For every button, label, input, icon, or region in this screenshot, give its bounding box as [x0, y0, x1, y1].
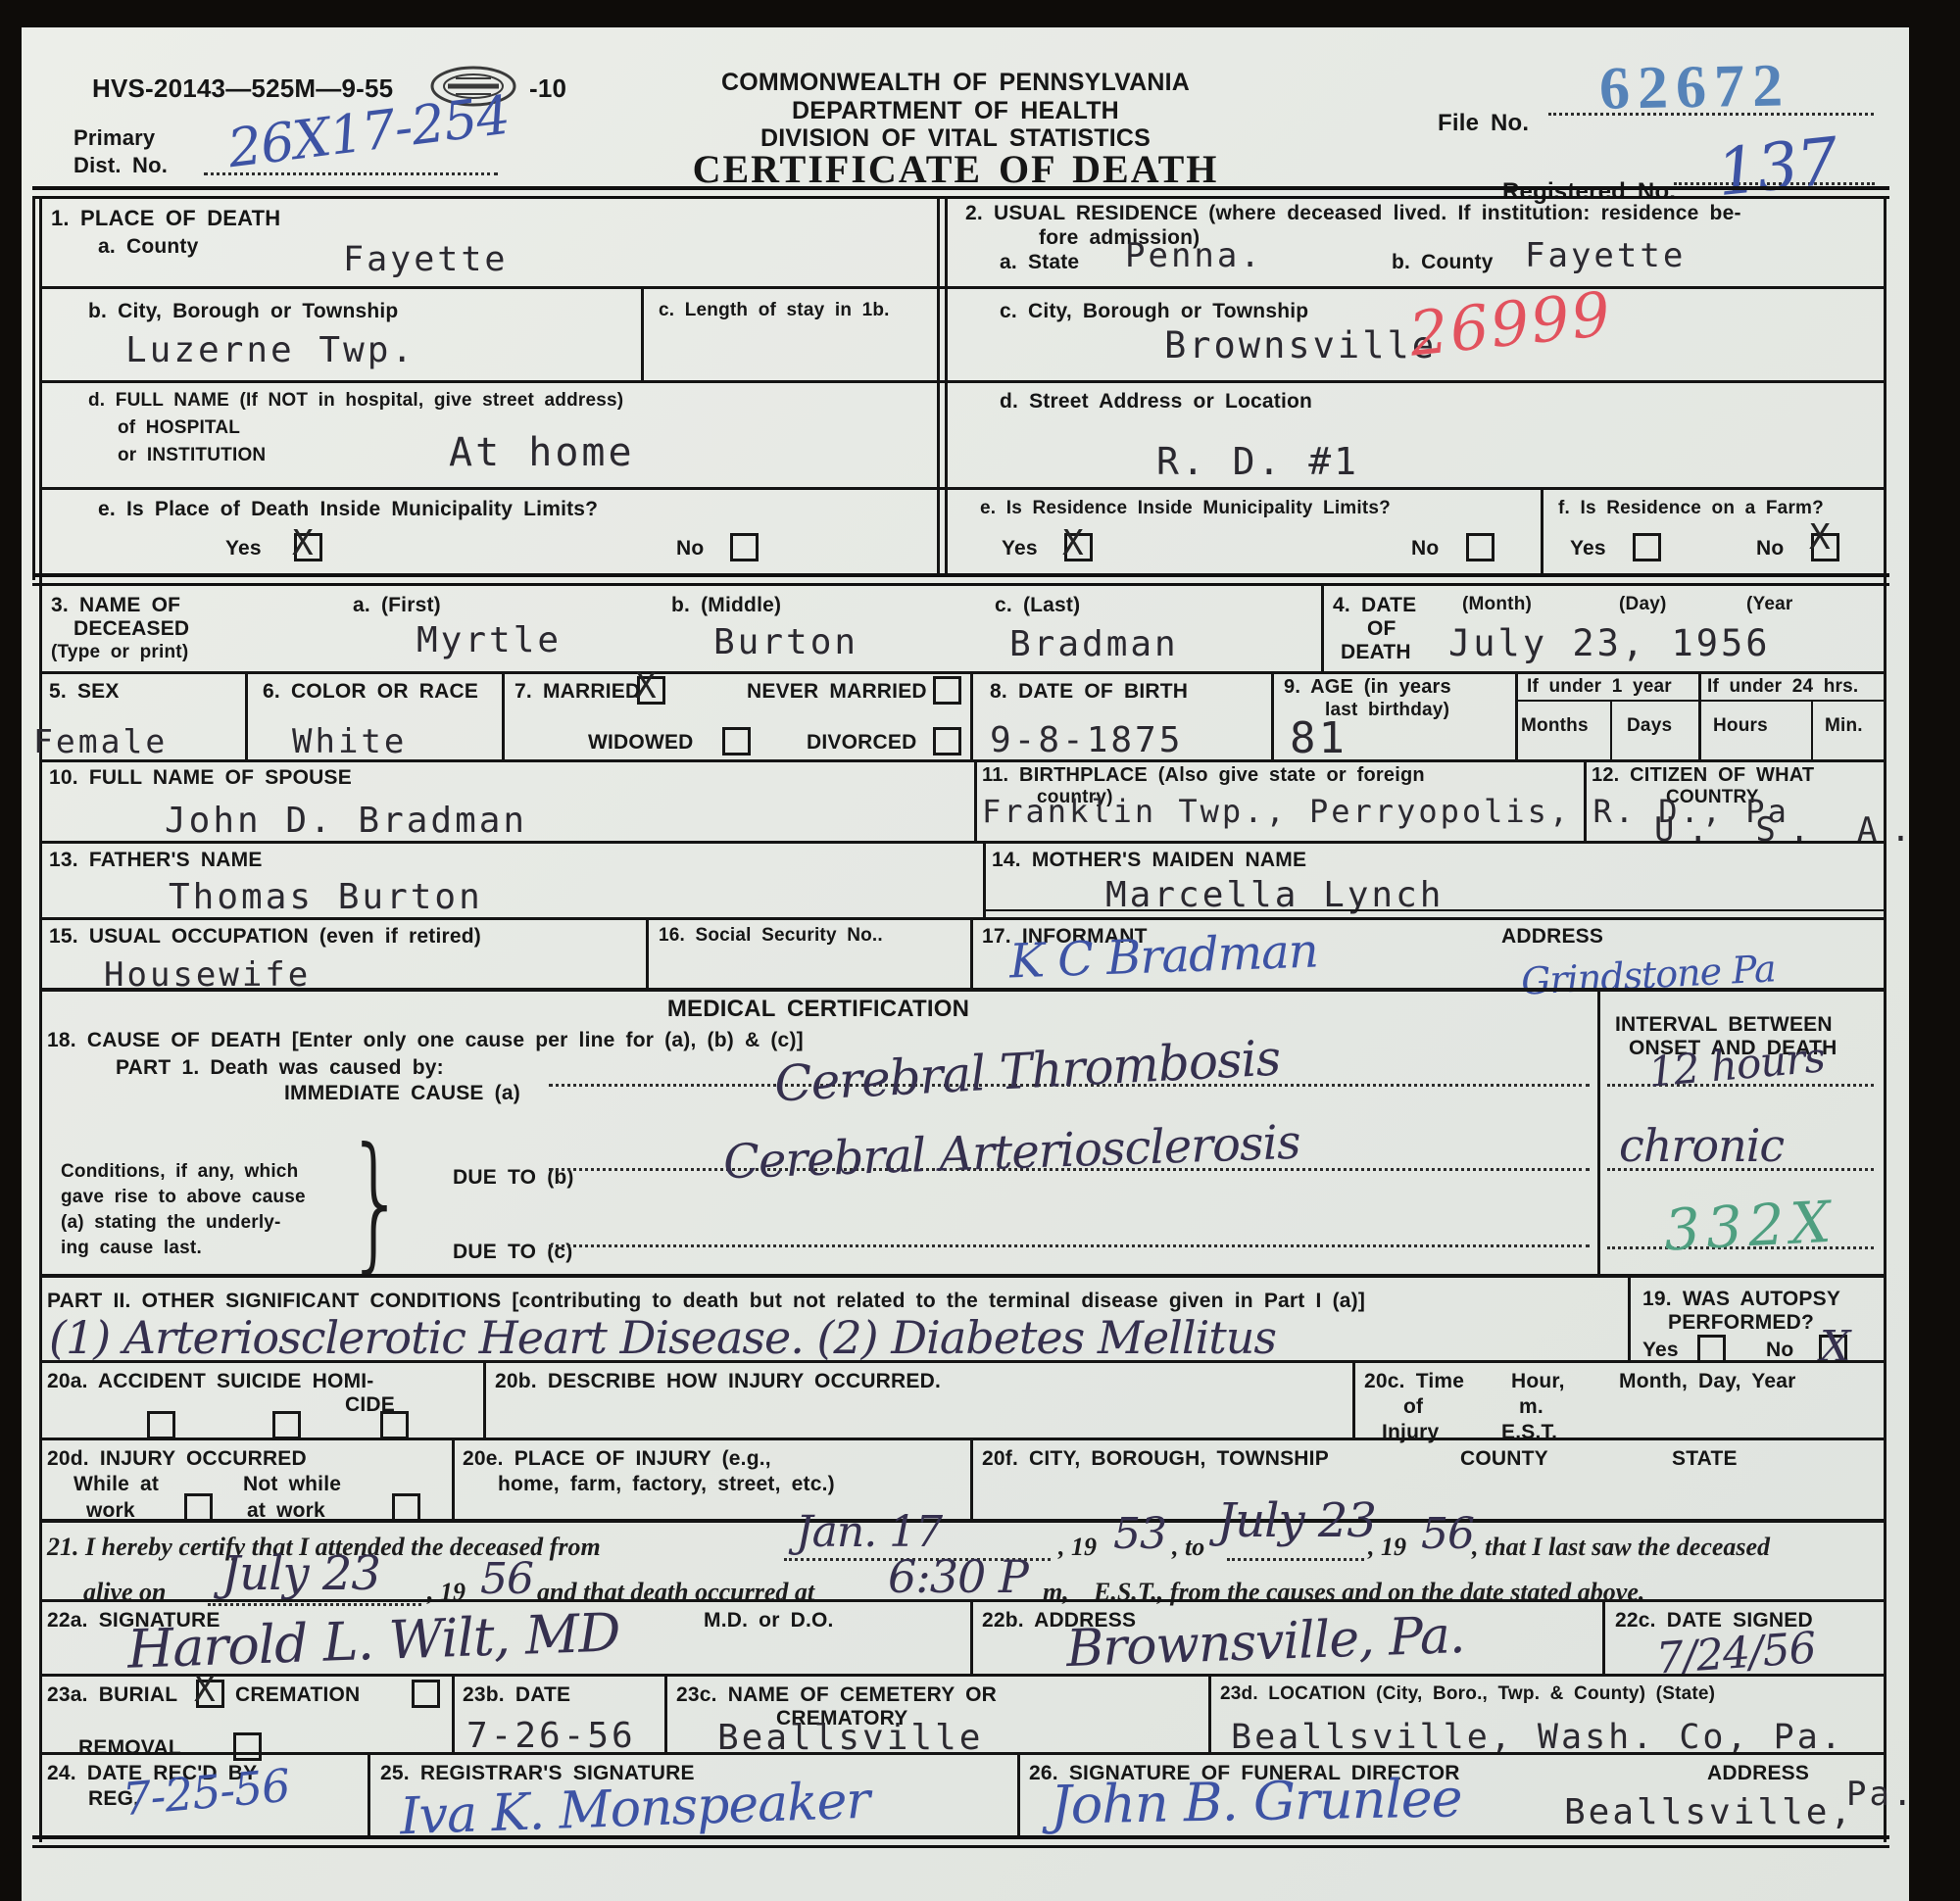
- s2e-yes-checkbox: X: [1064, 533, 1093, 561]
- s7-never-checkbox: [933, 676, 961, 705]
- s26-address-label: ADDRESS: [1707, 1762, 1809, 1785]
- s20a-accident-checkbox: [147, 1411, 175, 1439]
- s2f-no-mark: X: [1809, 520, 1831, 556]
- row-line: [39, 1360, 1884, 1363]
- s18-part1-label: PART 1. Death was caused by:: [116, 1056, 444, 1080]
- s23a-cremation-checkbox: [412, 1680, 440, 1708]
- divider-23c-23d: [1208, 1674, 1211, 1752]
- s2f-yes-label: Yes: [1570, 537, 1606, 561]
- row-line: [39, 917, 1884, 920]
- s9-under1-label: If under 1 year: [1527, 676, 1672, 698]
- part2-value: (1) Arteriosclerotic Heart Disease. (2) …: [49, 1315, 1276, 1360]
- border-line: [32, 196, 35, 580]
- s15-label: 15. USUAL OCCUPATION (even if retired): [49, 925, 481, 949]
- s20f-state-label: STATE: [1672, 1447, 1738, 1471]
- dist-no-label: Dist. No.: [73, 153, 168, 177]
- s18-immediate-label: IMMEDIATE CAUSE (a): [284, 1082, 520, 1105]
- bottom-rule: [32, 1835, 1889, 1848]
- divider-1-2: [937, 196, 940, 573]
- s4-day-label: (Day): [1619, 594, 1667, 615]
- s23c-label1: 23c. NAME OF CEMETERY OR: [676, 1683, 997, 1707]
- s21-print3: , to: [1172, 1535, 1204, 1560]
- s20e-label1: 20e. PLACE OF INJURY (e.g.,: [463, 1447, 771, 1471]
- s1-title: 1. PLACE OF DEATH: [51, 206, 280, 230]
- divider-20d-20e: [452, 1438, 455, 1519]
- s7-married-checkbox: X: [637, 676, 665, 705]
- s23a-burial-mark: X: [194, 1673, 216, 1708]
- s15-value: Housewife: [104, 958, 311, 992]
- s3-title1: 3. NAME OF: [51, 594, 180, 617]
- divider-19: [1628, 1274, 1631, 1360]
- s20c-est-label: E.S.T.: [1501, 1421, 1557, 1444]
- s2a-value: Penna.: [1125, 239, 1263, 272]
- s21-print4: , 19: [1368, 1535, 1406, 1560]
- s21-fill-line2: [1227, 1558, 1364, 1561]
- divider: [1271, 671, 1274, 759]
- s2e-yes-mark: X: [1062, 526, 1084, 561]
- s18-label: 18. CAUSE OF DEATH [Enter only one cause…: [47, 1029, 804, 1052]
- divider-20a-20b: [483, 1360, 486, 1438]
- death-certificate-scan: HVS-20143—525M—9-55 -10 COMMONWEALTH OF …: [0, 0, 1960, 1901]
- s21-fill-line3: [208, 1603, 421, 1606]
- divider: [1698, 671, 1701, 759]
- s4-title2: OF: [1367, 617, 1396, 641]
- s2e-label: e. Is Residence Inside Municipality Limi…: [980, 498, 1391, 519]
- header-rule: [32, 186, 1889, 199]
- s9-days-label: Days: [1627, 715, 1672, 737]
- s1e-yes-label: Yes: [225, 537, 262, 561]
- divider-15-16: [646, 917, 649, 988]
- row-line: [39, 380, 1884, 383]
- s19-label2: PERFORMED?: [1668, 1311, 1814, 1335]
- s17-informant-signature: K C Bradman: [1008, 928, 1318, 986]
- s1e-yes-checkbox: X: [294, 533, 322, 561]
- s16-label: 16. Social Security No..: [659, 925, 883, 947]
- s18-cond2: gave rise to above cause: [61, 1187, 306, 1208]
- s20a-suicide-checkbox: [272, 1411, 301, 1439]
- row-line: [39, 759, 1884, 762]
- registrar-signature: Iva K. Monspeaker: [399, 1776, 870, 1843]
- s3-title2: DECEASED: [73, 617, 189, 641]
- s21-alive-date: July 23: [221, 1550, 380, 1597]
- medical-certification-title: MEDICAL CERTIFICATION: [667, 996, 969, 1023]
- form-suffix: -10: [529, 74, 566, 104]
- divider: [970, 671, 973, 759]
- s11-label1: 11. BIRTHPLACE (Also give state or forei…: [982, 764, 1425, 787]
- s20a-label1: 20a. ACCIDENT SUICIDE HOMI-: [47, 1370, 374, 1393]
- divider-3-4: [1321, 586, 1324, 671]
- s1a-label: a. County: [98, 235, 198, 259]
- s9-months-label: Months: [1521, 715, 1589, 737]
- border-line: [1884, 196, 1886, 1842]
- s7-widowed-checkbox: [722, 727, 751, 756]
- s9-min-label: Min.: [1825, 715, 1863, 737]
- s19-yes-checkbox: [1697, 1335, 1726, 1363]
- divider-10-11: [974, 759, 977, 841]
- s18-cond4: ing cause last.: [61, 1238, 202, 1259]
- s2f-yes-checkbox: [1633, 533, 1661, 561]
- divider-24-25: [367, 1752, 370, 1835]
- row-line-heavy: [39, 1274, 1884, 1278]
- s21-to-date: July 23: [1217, 1497, 1376, 1544]
- s2c-label: c. City, Borough or Township: [1000, 300, 1308, 323]
- s4-value: July 23, 1956: [1448, 625, 1771, 661]
- s10-label: 10. FULL NAME OF SPOUSE: [49, 766, 352, 790]
- s22b-value: Brownsville, Pa.: [1065, 1610, 1465, 1675]
- s23d-value: Beallsville, Wash. Co, Pa.: [1231, 1721, 1844, 1755]
- s23a-cremation-label: CREMATION: [235, 1683, 360, 1707]
- divider-interval: [1597, 988, 1600, 1277]
- s7-married-label: 7. MARRIED: [514, 680, 640, 704]
- s4-title3: DEATH: [1341, 641, 1411, 664]
- primary-label: Primary: [73, 125, 155, 150]
- s3a-value: Myrtle: [416, 623, 562, 658]
- interval-header1: INTERVAL BETWEEN: [1615, 1013, 1833, 1037]
- divider: [1610, 700, 1612, 759]
- s2f-no-label: No: [1756, 537, 1784, 561]
- scan-edge-top: [0, 0, 1960, 27]
- s1d-value: At home: [449, 433, 635, 472]
- sub-line: [1515, 700, 1884, 702]
- divider-23a-23b: [452, 1674, 455, 1752]
- sub-line: [983, 909, 1884, 911]
- s21-to-year: 56: [1421, 1513, 1474, 1556]
- divider: [502, 671, 505, 759]
- s19-no-checkbox: X: [1819, 1335, 1847, 1363]
- s2d-value: R. D. #1: [1156, 443, 1359, 480]
- row-line: [39, 1752, 1884, 1755]
- s9-under24-label: If under 24 hrs.: [1707, 676, 1858, 698]
- s18-cond3: (a) stating the underly-: [61, 1212, 281, 1234]
- s2d-label: d. Street Address or Location: [1000, 390, 1312, 414]
- s20d-label: 20d. INJURY OCCURRED: [47, 1447, 307, 1471]
- divider-20b-20c: [1352, 1360, 1355, 1438]
- s2f-label: f. Is Residence on a Farm?: [1558, 498, 1824, 519]
- s5-label: 5. SEX: [49, 680, 120, 704]
- department-line: DEPARTMENT OF HEALTH: [792, 97, 1119, 125]
- s1c-label: c. Length of stay in 1b.: [659, 300, 890, 321]
- divider: [245, 671, 248, 759]
- s21-from-year: 53: [1113, 1513, 1166, 1556]
- s2-title1: 2. USUAL RESIDENCE (where deceased lived…: [965, 202, 1741, 225]
- divider-20e-20f: [970, 1438, 973, 1519]
- s24-value: 7-25-56: [121, 1763, 291, 1823]
- s9-hours-label: Hours: [1713, 715, 1768, 737]
- s21-from-date: Jan. 17: [796, 1511, 942, 1554]
- s9-label1: 9. AGE (in years: [1284, 676, 1451, 699]
- s23b-value: 7-26-56: [466, 1719, 636, 1754]
- s7-widowed-label: WIDOWED: [588, 731, 694, 755]
- row-line-heavy: [39, 988, 1884, 992]
- s20c-mdy-label: Month, Day, Year: [1619, 1370, 1795, 1393]
- s21-alive-year: 56: [480, 1558, 533, 1601]
- funeral-director-signature: John B. Grunlee: [1051, 1772, 1462, 1831]
- s7-never-label: NEVER MARRIED: [747, 680, 927, 704]
- s20c-hour-label: Hour,: [1511, 1370, 1565, 1393]
- row-line: [39, 841, 1884, 844]
- s3c-value: Bradman: [1009, 627, 1179, 662]
- s20d-notwhile-label: Not while: [243, 1473, 341, 1496]
- s23a-burial-label: 23a. BURIAL: [47, 1683, 177, 1707]
- border-line: [39, 196, 42, 1842]
- commonwealth-line: COMMONWEALTH OF PENNSYLVANIA: [721, 69, 1190, 97]
- s2e-no-label: No: [1411, 537, 1439, 561]
- conditions-brace: }: [346, 1129, 407, 1276]
- code-332x: 332X: [1663, 1193, 1838, 1258]
- row-line: [39, 1674, 1884, 1677]
- s7-married-mark: X: [635, 669, 657, 705]
- s20d-notatwork-checkbox: [392, 1493, 420, 1522]
- s26-address-value2: Pa.: [1846, 1778, 1915, 1811]
- divider-22a-22b: [970, 1599, 973, 1674]
- divider-22b-22c: [1602, 1599, 1605, 1674]
- s2e-yes-label: Yes: [1002, 537, 1038, 561]
- s23a-removal-label: REMOVAL: [78, 1736, 181, 1760]
- s23d-label: 23d. LOCATION (City, Boro., Twp. & Count…: [1220, 1683, 1715, 1705]
- s1e-yes-mark: X: [292, 526, 314, 561]
- s13-value: Thomas Burton: [169, 880, 483, 915]
- s5-value: Female: [33, 725, 168, 757]
- s20b-label: 20b. DESCRIBE HOW INJURY OCCURRED.: [495, 1370, 941, 1393]
- s22a-md-label: M.D. or D.O.: [704, 1609, 834, 1633]
- s4-month-label: (Month): [1462, 594, 1532, 615]
- divider-2e-2f: [1541, 487, 1543, 573]
- s8-value: 9-8-1875: [990, 723, 1183, 758]
- scan-edge-left: [0, 0, 22, 1901]
- section-rule: [32, 573, 1889, 586]
- s19-no-label: No: [1766, 1339, 1793, 1362]
- s21-print2: , 19: [1058, 1535, 1097, 1560]
- row-line: [39, 1599, 1884, 1602]
- s1d-label1: d. FULL NAME (If NOT in hospital, give s…: [88, 390, 623, 412]
- s14-label: 14. MOTHER'S MAIDEN NAME: [992, 849, 1306, 872]
- s20e-label2: home, farm, factory, street, etc.): [498, 1473, 835, 1496]
- s14-value: Marcella Lynch: [1105, 878, 1444, 913]
- s17-address-label: ADDRESS: [1501, 925, 1603, 949]
- s20c-time-label: 20c. Time: [1364, 1370, 1464, 1393]
- s7-divorced-checkbox: [933, 727, 961, 756]
- s23b-label: 23b. DATE: [463, 1683, 570, 1707]
- s19-label1: 19. WAS AUTOPSY: [1642, 1288, 1840, 1311]
- s21-print5: , that I last saw the deceased: [1472, 1535, 1770, 1560]
- s21-death-time: 6:30 P: [888, 1554, 1028, 1599]
- interval-b-value: chronic: [1619, 1123, 1784, 1168]
- divider-1b-1c: [641, 286, 644, 380]
- s10-value: John D. Bradman: [165, 804, 527, 839]
- divider-25-26: [1017, 1752, 1020, 1835]
- divider: [1811, 700, 1813, 759]
- s13-label: 13. FATHER'S NAME: [49, 849, 263, 872]
- s4-title1: 4. DATE: [1333, 594, 1416, 617]
- s23a-removal-checkbox: [233, 1732, 262, 1761]
- s3-title3: (Type or print): [51, 642, 188, 663]
- part2-label: PART II. OTHER SIGNIFICANT CONDITIONS [c…: [47, 1290, 1365, 1313]
- s20f-county-label: COUNTY: [1460, 1447, 1548, 1471]
- s2b-label: b. County: [1392, 251, 1494, 274]
- s20c-m-label: m.: [1519, 1395, 1543, 1419]
- row-line-heavy: [39, 1519, 1884, 1523]
- s1b-label: b. City, Borough or Township: [88, 300, 398, 323]
- s23a-burial-checkbox: X: [196, 1680, 224, 1708]
- s20a-homicide-checkbox: [380, 1411, 409, 1439]
- s2e-no-checkbox: [1466, 533, 1494, 561]
- s20c-injury-label: Injury: [1382, 1421, 1439, 1444]
- s26-address-value1: Beallsville,: [1564, 1795, 1854, 1830]
- s6-label: 6. COLOR OR RACE: [263, 680, 478, 704]
- s1b-value: Luzerne Twp.: [125, 333, 416, 368]
- divider-23b-23c: [664, 1674, 667, 1752]
- s7-divorced-label: DIVORCED: [807, 731, 916, 755]
- s23c-value: Beallsville: [717, 1721, 983, 1756]
- file-no-stamp: 62672: [1598, 55, 1790, 119]
- s1e-label: e. Is Place of Death Inside Municipality…: [98, 498, 598, 521]
- divider-16-17: [970, 917, 973, 988]
- s18-cond1: Conditions, if any, which: [61, 1161, 298, 1183]
- s8-label: 8. DATE OF BIRTH: [990, 680, 1188, 704]
- s20c-of-label: of: [1403, 1395, 1423, 1419]
- divider-13-14: [983, 841, 986, 917]
- cause-c-line: [549, 1244, 1590, 1247]
- s3a-label: a. (First): [353, 594, 441, 617]
- row-line: [39, 487, 1884, 490]
- s3c-label: c. (Last): [995, 594, 1080, 617]
- s1a-value: Fayette: [343, 243, 509, 277]
- s20f-label: 20f. CITY, BOROUGH, TOWNSHIP: [982, 1447, 1329, 1471]
- s20d-atwork-checkbox: [184, 1493, 213, 1522]
- row-line: [39, 1438, 1884, 1440]
- s1d-label3: or INSTITUTION: [118, 445, 266, 466]
- s11-value: Franklin Twp., Perryopolis, R. D., Pa: [982, 796, 1789, 827]
- s19-yes-label: Yes: [1642, 1339, 1679, 1362]
- s1e-no-checkbox: [730, 533, 759, 561]
- s9-value: 81: [1290, 717, 1347, 760]
- file-no-label: File No.: [1438, 110, 1529, 137]
- row-line: [39, 671, 1884, 674]
- form-number: HVS-20143—525M—9-55: [92, 74, 393, 104]
- s6-value: White: [292, 725, 407, 758]
- s2f-no-checkbox: X: [1811, 533, 1839, 561]
- s4-year-label: (Year: [1746, 594, 1792, 615]
- s3b-label: b. (Middle): [671, 594, 781, 617]
- s1e-no-label: No: [676, 537, 704, 561]
- s2c-value: Brownsville: [1164, 327, 1437, 364]
- s2a-label: a. State: [1000, 251, 1079, 274]
- s12-label1: 12. CITIZEN OF WHAT: [1592, 764, 1814, 787]
- s2b-value: Fayette: [1525, 239, 1686, 272]
- s3b-value: Burton: [713, 625, 858, 660]
- s1d-label2: of HOSPITAL: [118, 417, 240, 439]
- divider: [1515, 671, 1518, 759]
- divider-1-2: [945, 196, 948, 573]
- scan-edge-right: [1909, 0, 1960, 1901]
- s20d-while-label: While at: [73, 1473, 159, 1496]
